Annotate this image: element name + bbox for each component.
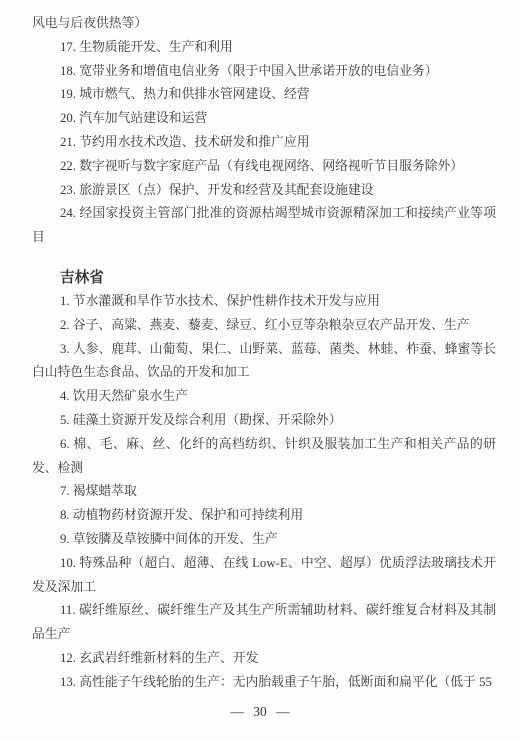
list-item: 18. 宽带业务和增值电信业务（限于中国入世承诺开放的电信业务）: [32, 60, 496, 84]
list-item: 2. 谷子、高粱、燕麦、藜麦、绿豆、红小豆等杂粮杂豆农产品开发、生产: [32, 314, 496, 338]
list-item: 1. 节水灌溉和旱作节水技术、保护性耕作技术开发与应用: [32, 290, 496, 314]
numbered-list-top: 17. 生物质能开发、生产和利用18. 宽带业务和增值电信业务（限于中国入世承诺…: [32, 36, 496, 250]
list-item: 21. 节约用水技术改造、技术研发和推广应用: [32, 131, 496, 155]
list-item: 5. 硅藻土资源开发及综合利用（勘探、开采除外）: [32, 409, 496, 433]
list-item: 24. 经国家投资主管部门批准的资源枯竭型城市资源精深加工和接续产业等项目: [32, 202, 496, 250]
list-item: 12. 玄武岩纤维新材料的生产、开发: [32, 647, 496, 671]
list-item: 23. 旅游景区（点）保护、开发和经营及其配套设施建设: [32, 179, 496, 203]
list-item: 13. 高性能子午线轮胎的生产：无内胎载重子午胎，低断面和扁平化（低于 55: [32, 671, 496, 695]
numbered-list-jilin: 1. 节水灌溉和旱作节水技术、保护性耕作技术开发与应用2. 谷子、高粱、燕麦、藜…: [32, 290, 496, 695]
list-item: 22. 数字视听与数字家庭产品（有线电视网络、网络视听节目服务除外）: [32, 155, 496, 179]
list-item: 3. 人参、鹿茸、山葡萄、果仁、山野菜、蓝莓、菌类、林蛙、柞蚕、蜂蜜等长白山特色…: [32, 338, 496, 386]
section-heading-jilin: 吉林省: [32, 266, 496, 290]
list-item: 7. 褐煤蜡萃取: [32, 480, 496, 504]
page-number: — 30 —: [0, 700, 520, 724]
list-item: 17. 生物质能开发、生产和利用: [32, 36, 496, 60]
list-item: 10. 特殊品种（超白、超薄、在线 Low-E、中空、超厚）优质浮法玻璃技术开发…: [32, 552, 496, 600]
list-item: 6. 棉、毛、麻、丝、化纤的高档纺织、针织及服装加工生产和相关产品的研发、检测: [32, 433, 496, 481]
list-item: 4. 饮用天然矿泉水生产: [32, 385, 496, 409]
document-page: 风电与后夜供热等） 17. 生物质能开发、生产和利用18. 宽带业务和增值电信业…: [0, 0, 520, 740]
list-item: 19. 城市燃气、热力和供排水管网建设、经营: [32, 83, 496, 107]
list-item: 9. 草铵膦及草铵膦中间体的开发、生产: [32, 528, 496, 552]
list-item: 8. 动植物药材资源开发、保护和可持续利用: [32, 504, 496, 528]
paragraph-continuation: 风电与后夜供热等）: [32, 12, 496, 36]
list-item: 20. 汽车加气站建设和运营: [32, 107, 496, 131]
list-item: 11. 碳纤维原丝、碳纤维生产及其生产所需辅助材料、碳纤维复合材料及其制品生产: [32, 599, 496, 647]
